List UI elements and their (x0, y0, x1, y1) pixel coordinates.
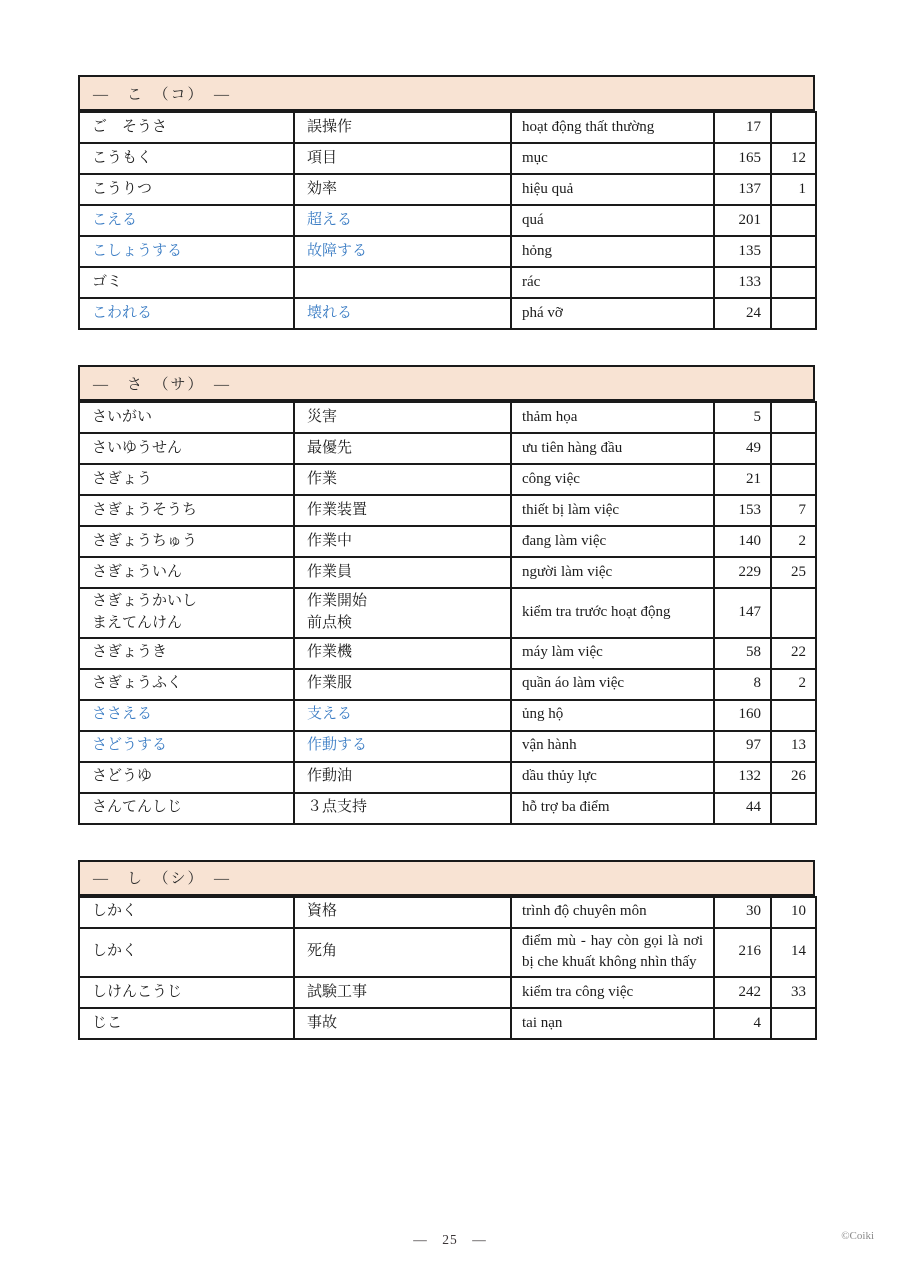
section-title: ― さ （サ） ― (93, 373, 231, 394)
kana-cell: しかく (79, 897, 294, 928)
kanji-cell: 試験工事 (294, 977, 511, 1008)
vietnamese-meaning-cell: kiểm tra công việc (511, 977, 714, 1008)
table-row: こしょうする 故障する hỏng 135 (79, 236, 816, 267)
kana-cell: さぎょうき (79, 638, 294, 669)
page-ref-cell: 21 (714, 464, 771, 495)
lesson-ref-cell: 22 (771, 638, 816, 669)
vocab-section: ― さ （サ） ― さいがい 災害 thảm họa 5 さいゆうせん 最優先 … (78, 365, 815, 825)
lesson-ref-cell: 13 (771, 731, 816, 762)
page-ref-cell: 153 (714, 495, 771, 526)
lesson-ref-cell (771, 588, 816, 638)
vocab-table: ご そうさ 誤操作 hoạt động thất thường 17 こうもく … (78, 111, 817, 330)
vietnamese-meaning-cell: kiểm tra trước hoạt động (511, 588, 714, 638)
vietnamese-meaning-cell: thảm họa (511, 402, 714, 433)
section-title: ― こ （コ） ― (93, 83, 231, 104)
kanji-cell (294, 267, 511, 298)
vietnamese-meaning-cell: quá (511, 205, 714, 236)
lesson-ref-cell: 26 (771, 762, 816, 793)
table-row: こわれる 壊れる phá vỡ 24 (79, 298, 816, 329)
vietnamese-meaning-cell: trình độ chuyên môn (511, 897, 714, 928)
kanji-cell: 作業装置 (294, 495, 511, 526)
vocab-table: しかく 資格 trình độ chuyên môn 30 10 しかく 死角 … (78, 896, 817, 1041)
vietnamese-meaning-cell: hỏng (511, 236, 714, 267)
page-ref-cell: 58 (714, 638, 771, 669)
lesson-ref-cell (771, 1008, 816, 1039)
page-ref-cell: 44 (714, 793, 771, 824)
page-ref-cell: 242 (714, 977, 771, 1008)
page-ref-cell: 216 (714, 928, 771, 978)
table-row: こうりつ 効率 hiệu quả 137 1 (79, 174, 816, 205)
kanji-cell: 作業員 (294, 557, 511, 588)
page-ref-cell: 229 (714, 557, 771, 588)
vietnamese-meaning-cell: hiệu quả (511, 174, 714, 205)
kana-cell: さぎょうかいし まえてんけん (79, 588, 294, 638)
copyright-credit: ©Coiki (841, 1230, 874, 1242)
kanji-cell: 資格 (294, 897, 511, 928)
kana-cell: さぎょうそうち (79, 495, 294, 526)
vietnamese-meaning-cell: mục (511, 143, 714, 174)
table-row: しかく 死角 điểm mù - hay còn gọi là nơi bị c… (79, 928, 816, 978)
section-header: ― こ （コ） ― (78, 75, 815, 111)
vocab-sections-container: ― こ （コ） ― ご そうさ 誤操作 hoạt động thất thườn… (78, 75, 815, 1075)
kana-cell: さぎょうふく (79, 669, 294, 700)
vietnamese-meaning-cell: ủng hộ (511, 700, 714, 731)
lesson-ref-cell (771, 205, 816, 236)
lesson-ref-cell (771, 236, 816, 267)
kana-cell: ゴミ (79, 267, 294, 298)
vocab-table-body: さいがい 災害 thảm họa 5 さいゆうせん 最優先 ưu tiên hà… (79, 402, 816, 824)
page-ref-cell: 132 (714, 762, 771, 793)
kanji-cell: 死角 (294, 928, 511, 978)
page-ref-cell: 49 (714, 433, 771, 464)
page-ref-cell: 137 (714, 174, 771, 205)
kana-cell: しかく (79, 928, 294, 978)
lesson-ref-cell: 2 (771, 669, 816, 700)
table-row: さぎょうそうち 作業装置 thiết bị làm việc 153 7 (79, 495, 816, 526)
table-row: さどうする 作動する vận hành 97 13 (79, 731, 816, 762)
section-title: ― し （シ） ― (93, 867, 231, 888)
kana-cell: ご そうさ (79, 112, 294, 143)
page-ref-cell: 133 (714, 267, 771, 298)
lesson-ref-cell (771, 112, 816, 143)
vietnamese-meaning-cell: đang làm việc (511, 526, 714, 557)
vietnamese-meaning-cell: thiết bị làm việc (511, 495, 714, 526)
kana-cell: こわれる (79, 298, 294, 329)
page-ref-cell: 147 (714, 588, 771, 638)
table-row: しかく 資格 trình độ chuyên môn 30 10 (79, 897, 816, 928)
kana-cell: じこ (79, 1008, 294, 1039)
kana-cell: さいゆうせん (79, 433, 294, 464)
lesson-ref-cell: 33 (771, 977, 816, 1008)
kanji-cell: 効率 (294, 174, 511, 205)
table-row: ゴミ rác 133 (79, 267, 816, 298)
kanji-cell: 故障する (294, 236, 511, 267)
kanji-cell: 作業服 (294, 669, 511, 700)
lesson-ref-cell (771, 700, 816, 731)
lesson-ref-cell: 14 (771, 928, 816, 978)
vietnamese-meaning-cell: điểm mù - hay còn gọi là nơi bị che khuấ… (511, 928, 714, 978)
vietnamese-meaning-cell: máy làm việc (511, 638, 714, 669)
section-header: ― さ （サ） ― (78, 365, 815, 401)
table-row: さんてんしじ ３点支持 hỗ trợ ba điểm 44 (79, 793, 816, 824)
page-ref-cell: 30 (714, 897, 771, 928)
table-row: さぎょういん 作業員 người làm việc 229 25 (79, 557, 816, 588)
page-ref-cell: 201 (714, 205, 771, 236)
kanji-cell: 事故 (294, 1008, 511, 1039)
vietnamese-meaning-cell: tai nạn (511, 1008, 714, 1039)
table-row: さいゆうせん 最優先 ưu tiên hàng đầu 49 (79, 433, 816, 464)
table-row: こえる 超える quá 201 (79, 205, 816, 236)
lesson-ref-cell (771, 464, 816, 495)
table-row: さぎょうふく 作業服 quần áo làm việc 8 2 (79, 669, 816, 700)
page-ref-cell: 160 (714, 700, 771, 731)
document-page: ― こ （コ） ― ご そうさ 誤操作 hoạt động thất thườn… (0, 0, 900, 1273)
kanji-cell: 作業機 (294, 638, 511, 669)
kana-cell: こうりつ (79, 174, 294, 205)
vocab-table-body: しかく 資格 trình độ chuyên môn 30 10 しかく 死角 … (79, 897, 816, 1040)
page-ref-cell: 140 (714, 526, 771, 557)
vietnamese-meaning-cell: hỗ trợ ba điểm (511, 793, 714, 824)
table-row: さぎょう 作業 công việc 21 (79, 464, 816, 495)
table-row: さぎょうかいし まえてんけん 作業開始 前点検 kiểm tra trước h… (79, 588, 816, 638)
page-ref-cell: 4 (714, 1008, 771, 1039)
page-ref-cell: 97 (714, 731, 771, 762)
lesson-ref-cell (771, 793, 816, 824)
table-row: こうもく 項目 mục 165 12 (79, 143, 816, 174)
vietnamese-meaning-cell: quần áo làm việc (511, 669, 714, 700)
page-ref-cell: 5 (714, 402, 771, 433)
lesson-ref-cell (771, 298, 816, 329)
kana-cell: さどうゆ (79, 762, 294, 793)
page-ref-cell: 165 (714, 143, 771, 174)
kanji-cell: 壊れる (294, 298, 511, 329)
vietnamese-meaning-cell: công việc (511, 464, 714, 495)
vietnamese-meaning-cell: dầu thủy lực (511, 762, 714, 793)
vocab-table: さいがい 災害 thảm họa 5 さいゆうせん 最優先 ưu tiên hà… (78, 401, 817, 825)
page-ref-cell: 135 (714, 236, 771, 267)
kanji-cell: 項目 (294, 143, 511, 174)
lesson-ref-cell: 7 (771, 495, 816, 526)
section-header: ― し （シ） ― (78, 860, 815, 896)
vietnamese-meaning-cell: vận hành (511, 731, 714, 762)
kanji-cell: 災害 (294, 402, 511, 433)
kanji-cell: 支える (294, 700, 511, 731)
lesson-ref-cell (771, 433, 816, 464)
vietnamese-meaning-cell: hoạt động thất thường (511, 112, 714, 143)
lesson-ref-cell: 10 (771, 897, 816, 928)
lesson-ref-cell: 25 (771, 557, 816, 588)
kanji-cell: 作業開始 前点検 (294, 588, 511, 638)
table-row: じこ 事故 tai nạn 4 (79, 1008, 816, 1039)
lesson-ref-cell (771, 402, 816, 433)
page-number: — 25 — (0, 1228, 900, 1248)
kanji-cell: 誤操作 (294, 112, 511, 143)
table-row: ご そうさ 誤操作 hoạt động thất thường 17 (79, 112, 816, 143)
kana-cell: さどうする (79, 731, 294, 762)
kanji-cell: 作業中 (294, 526, 511, 557)
kana-cell: こえる (79, 205, 294, 236)
page-ref-cell: 17 (714, 112, 771, 143)
kanji-cell: 作業 (294, 464, 511, 495)
kana-cell: さいがい (79, 402, 294, 433)
page-footer: — 25 — ©Coiki (0, 1228, 900, 1252)
kana-cell: さぎょう (79, 464, 294, 495)
vietnamese-meaning-cell: ưu tiên hàng đầu (511, 433, 714, 464)
kana-cell: こうもく (79, 143, 294, 174)
kanji-cell: 作動する (294, 731, 511, 762)
lesson-ref-cell: 12 (771, 143, 816, 174)
table-row: さぎょうき 作業機 máy làm việc 58 22 (79, 638, 816, 669)
table-row: しけんこうじ 試験工事 kiểm tra công việc 242 33 (79, 977, 816, 1008)
kana-cell: こしょうする (79, 236, 294, 267)
kana-cell: さぎょうちゅう (79, 526, 294, 557)
vietnamese-meaning-cell: phá vỡ (511, 298, 714, 329)
kana-cell: しけんこうじ (79, 977, 294, 1008)
page-ref-cell: 24 (714, 298, 771, 329)
kana-cell: さんてんしじ (79, 793, 294, 824)
table-row: ささえる 支える ủng hộ 160 (79, 700, 816, 731)
kanji-cell: ３点支持 (294, 793, 511, 824)
lesson-ref-cell: 2 (771, 526, 816, 557)
kana-cell: ささえる (79, 700, 294, 731)
kana-cell: さぎょういん (79, 557, 294, 588)
lesson-ref-cell: 1 (771, 174, 816, 205)
kanji-cell: 作動油 (294, 762, 511, 793)
vietnamese-meaning-cell: người làm việc (511, 557, 714, 588)
table-row: さどうゆ 作動油 dầu thủy lực 132 26 (79, 762, 816, 793)
lesson-ref-cell (771, 267, 816, 298)
vocab-section: ― こ （コ） ― ご そうさ 誤操作 hoạt động thất thườn… (78, 75, 815, 330)
vietnamese-meaning-cell: rác (511, 267, 714, 298)
kanji-cell: 最優先 (294, 433, 511, 464)
vocab-section: ― し （シ） ― しかく 資格 trình độ chuyên môn 30 … (78, 860, 815, 1041)
kanji-cell: 超える (294, 205, 511, 236)
page-ref-cell: 8 (714, 669, 771, 700)
vocab-table-body: ご そうさ 誤操作 hoạt động thất thường 17 こうもく … (79, 112, 816, 329)
table-row: さいがい 災害 thảm họa 5 (79, 402, 816, 433)
table-row: さぎょうちゅう 作業中 đang làm việc 140 2 (79, 526, 816, 557)
